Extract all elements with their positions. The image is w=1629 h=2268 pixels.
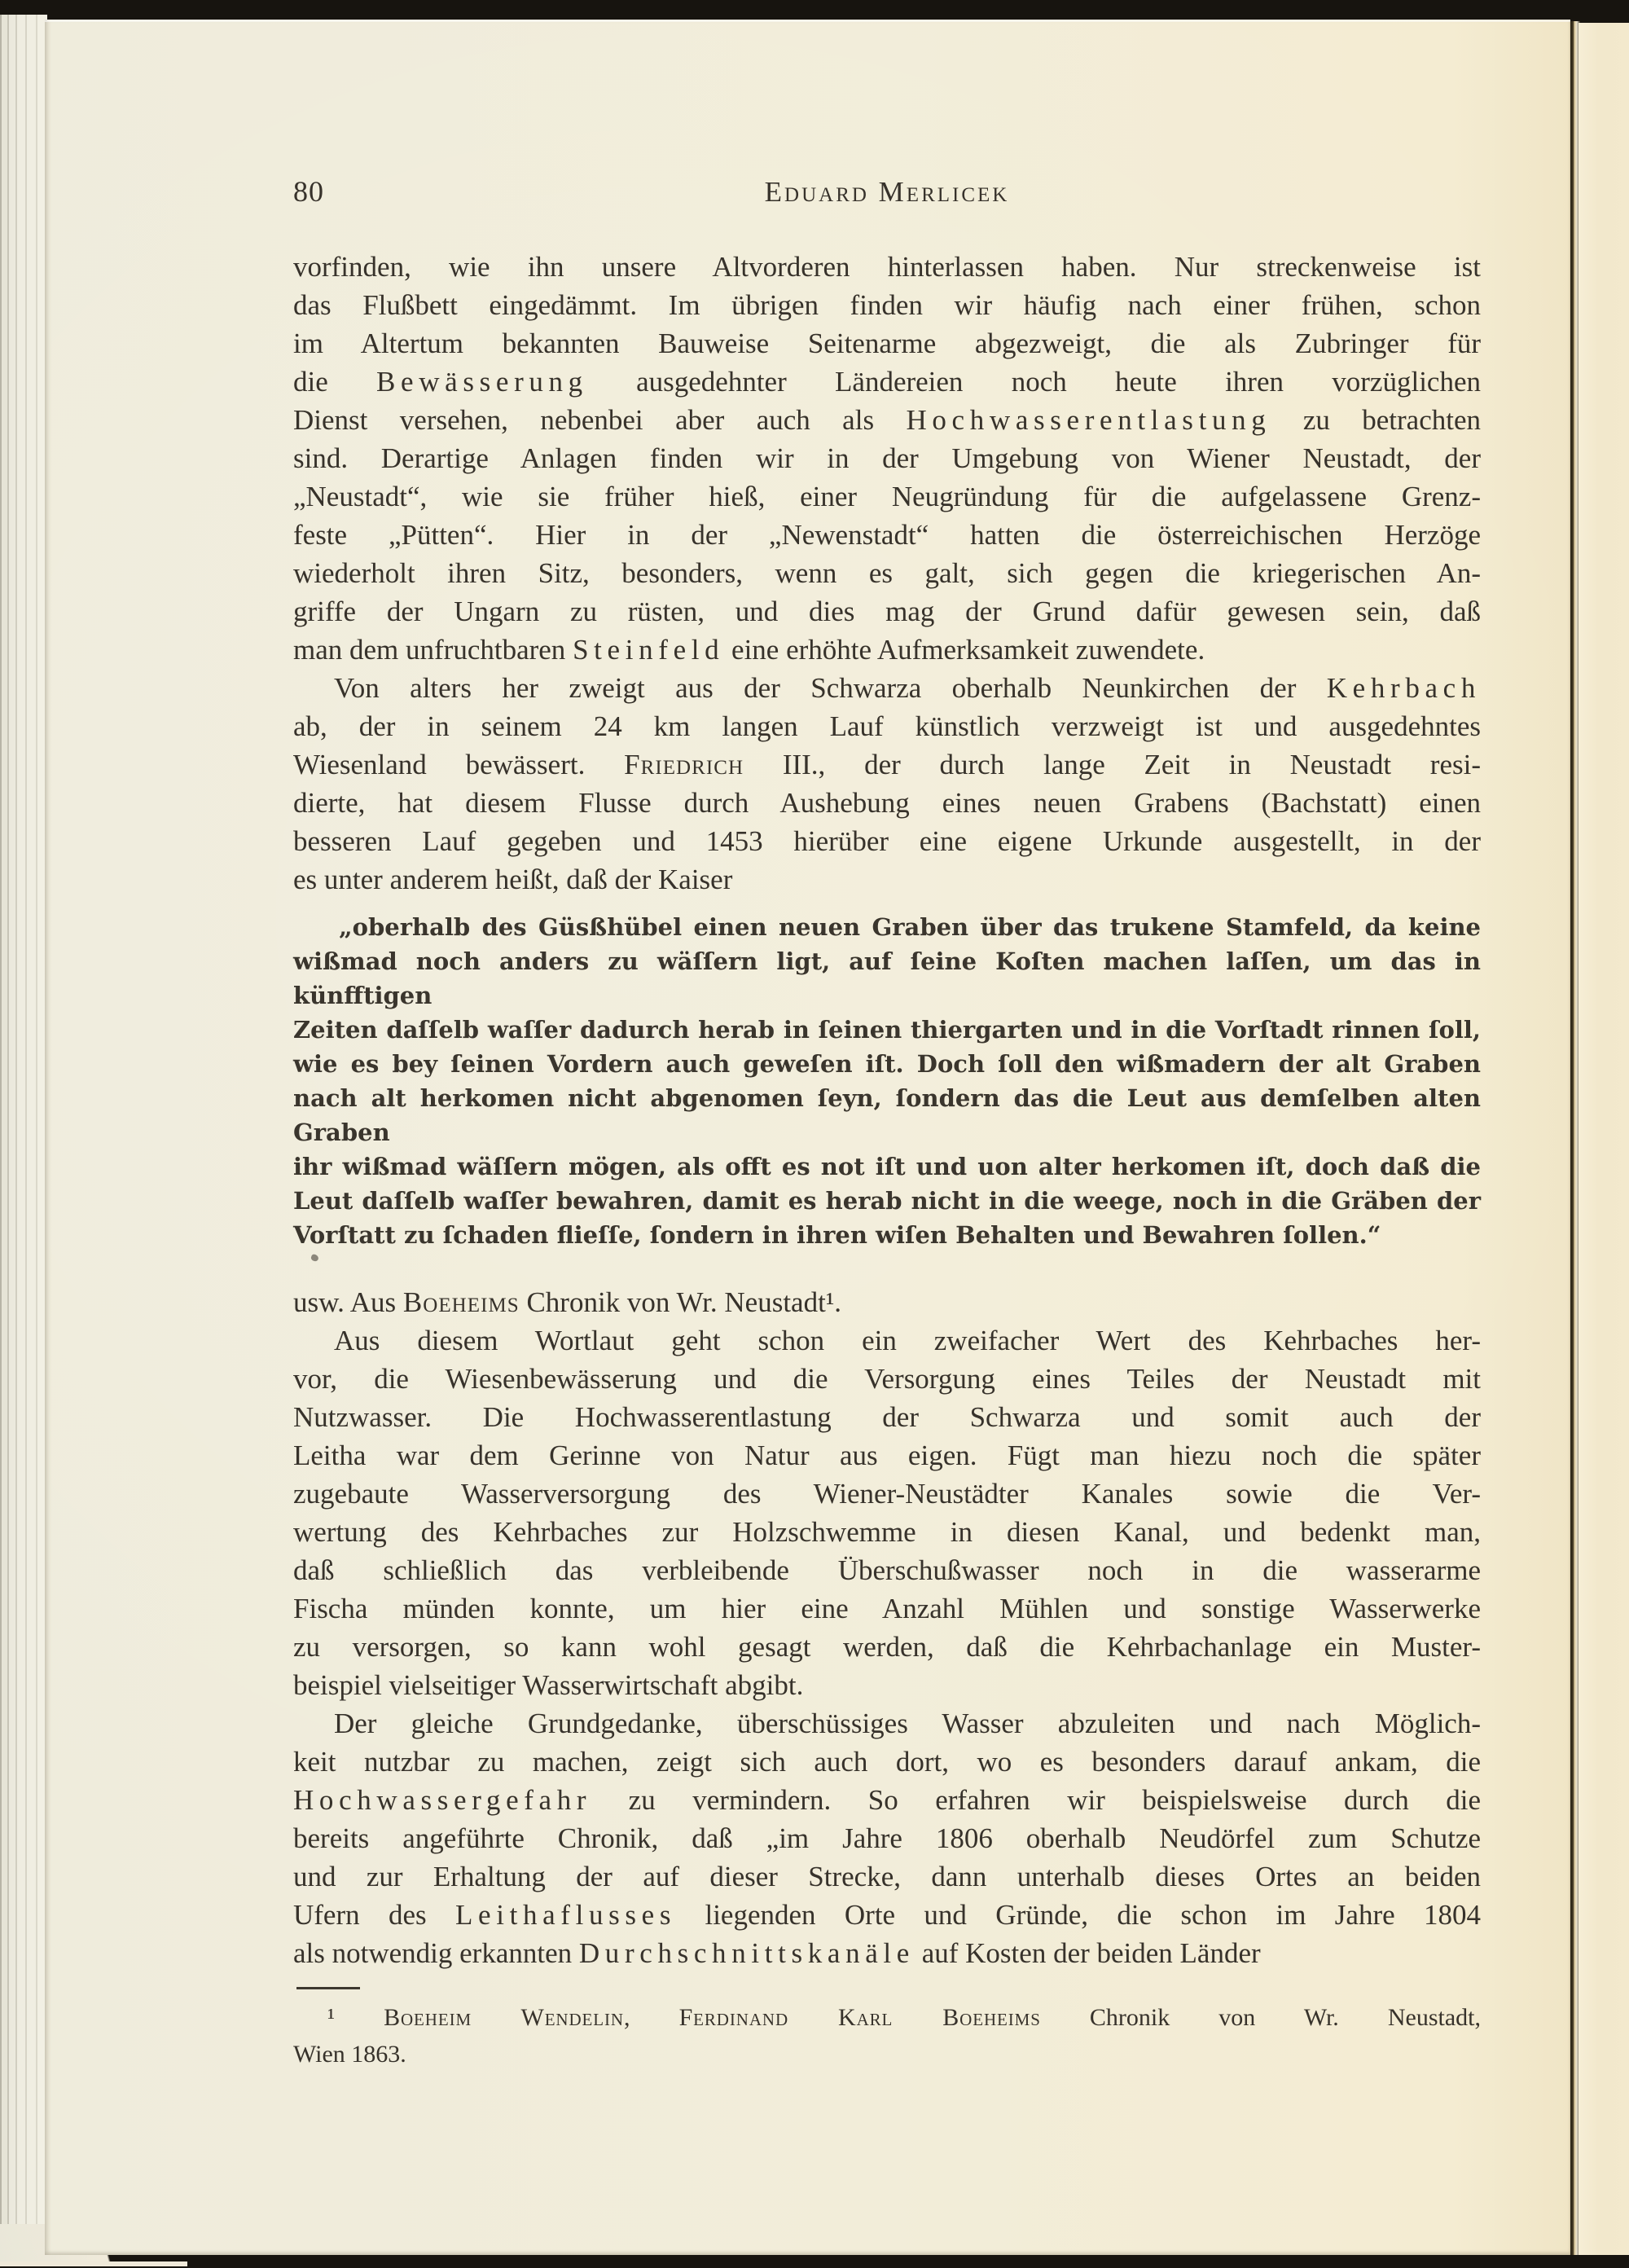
paragraph-p5: Der gleiche Grundgedanke, überschüssiges… [293,1704,1481,1972]
text-line: zu versorgen, so kann wohl gesagt werden… [293,1628,1481,1666]
text-line: „Neustadt“, wie sie früher hieß, einer N… [293,477,1481,516]
text-line: vor, die Wiesenbewässerung und die Verso… [293,1360,1481,1398]
text-line: Der gleiche Grundgedanke, überschüssiges… [293,1704,1481,1743]
text-line: Wiesenland bewässert. Friedrich III., de… [293,745,1481,784]
paragraph-p2: Von alters her zweigt aus der Schwarza o… [293,669,1481,899]
scanned-book-spread: { "colors":{ "scan_background":"#17140f"… [0,0,1629,2268]
paragraph-p4: Aus diesem Wortlaut geht schon ein zweif… [293,1321,1481,1704]
text-line: Leitha war dem Gerinne von Natur aus eig… [293,1436,1481,1475]
page-number: 80 [293,174,324,209]
paragraph-p3-source: usw. Aus Boeheims Chronik von Wr. Neusta… [293,1283,1481,1321]
text-line: Von alters her zweigt aus der Schwarza o… [293,669,1481,707]
text-line: usw. Aus Boeheims Chronik von Wr. Neusta… [293,1283,1481,1321]
body-text: vorfinden, wie ihn unsere Altvorderen hi… [293,248,1481,2072]
text-line: und zur Erhaltung der auf dieser Strecke… [293,1857,1481,1896]
paragraph-p1: vorfinden, wie ihn unsere Altvorderen hi… [293,248,1481,669]
page-stack-fore-edge [0,15,47,2257]
text-line: besseren Lauf gegeben und 1453 hierüber … [293,822,1481,860]
adjacent-page-edge [1579,23,1629,2255]
text-line: wertung des Kehrbaches zur Holzschwemme … [293,1513,1481,1551]
text-line: im Altertum bekannten Bauweise Seitenarm… [293,324,1481,363]
text-line: Wien 1863. [293,2036,1481,2072]
running-header: 80 Eduard Merlicek [293,174,1481,213]
text-line: ¹ Boeheim Wendelin, Ferdinand Karl Boehe… [293,1999,1481,2036]
text-line: Hochwassergefahr zu vermindern. So erfah… [293,1781,1481,1819]
footnote: ¹ Boeheim Wendelin, Ferdinand Karl Boehe… [293,1999,1481,2072]
footnote-rule [296,1987,360,1989]
text-line: man dem unfruchtbaren Steinfeld eine erh… [293,631,1481,669]
text-line: es unter anderem heißt, daß der Kaiser [293,860,1481,899]
text-line: ab, der in seinem 24 km langen Lauf küns… [293,707,1481,745]
text-line: bereits angeführte Chronik, daß „im Jahr… [293,1819,1481,1857]
text-line: Leut daſſelb waſſer bewahren, damit es h… [293,1184,1481,1218]
text-line: Ufern des Leithaflusses liegenden Orte u… [293,1896,1481,1934]
text-line: das Flußbett eingedämmt. Im übrigen find… [293,286,1481,324]
text-line: vorfinden, wie ihn unsere Altvorderen hi… [293,248,1481,286]
paragraph-fraktur-quote: „oberhalb des Güsßhübel einen neuen Grab… [293,910,1481,1252]
text-line: die Bewässerung ausgedehnter Ländereien … [293,363,1481,401]
text-line: wie es bey ſeinen Vordern auch geweſen i… [293,1047,1481,1081]
book-page: 80 Eduard Merlicek vorfinden, wie ihn un… [45,20,1570,2255]
text-line: Zeiten daſſelb waſſer dadurch herab in ſ… [293,1013,1481,1047]
text-line: nach alt herkomen nicht abgenomen ſeyn, … [293,1081,1481,1149]
text-line: Fischa münden konnte, um hier eine Anzah… [293,1589,1481,1628]
text-line: als notwendig erkannten Durchschnittskan… [293,1934,1481,1972]
text-line: daß schließlich das verbleibende Übersch… [293,1551,1481,1589]
running-title: Eduard Merlicek [765,176,1010,209]
text-line: Dienst versehen, nebenbei aber auch als … [293,401,1481,439]
text-line: „oberhalb des Güsßhübel einen neuen Grab… [293,910,1481,944]
text-line: wiederholt ihren Sitz, besonders, wenn e… [293,554,1481,592]
text-column: 80 Eduard Merlicek vorfinden, wie ihn un… [293,20,1481,2072]
text-line: ihr wißmad wäſſern mögen, als offt es no… [293,1149,1481,1184]
text-line: beispiel vielseitiger Wasserwirtschaft a… [293,1666,1481,1704]
text-line: zugebaute Wasserversorgung des Wiener-Ne… [293,1475,1481,1513]
text-line: Vorſtatt zu ſchaden flieſſe, ſondern in … [293,1218,1481,1252]
text-line: wißmad noch anders zu wäſſern ligt, auf … [293,944,1481,1013]
paragraphs-host: vorfinden, wie ihn unsere Altvorderen hi… [293,248,1481,1972]
text-line: sind. Derartige Anlagen finden wir in de… [293,439,1481,477]
text-line: feste „Pütten“. Hier in der „Newenstadt“… [293,516,1481,554]
text-line: griffe der Ungarn zu rüsten, und dies ma… [293,592,1481,631]
text-line: Aus diesem Wortlaut geht schon ein zweif… [293,1321,1481,1360]
text-line: keit nutzbar zu machen, zeigt sich auch … [293,1743,1481,1781]
text-line: dierte, hat diesem Flusse durch Aushebun… [293,784,1481,822]
text-line: Nutzwasser. Die Hochwasserentlastung der… [293,1398,1481,1436]
